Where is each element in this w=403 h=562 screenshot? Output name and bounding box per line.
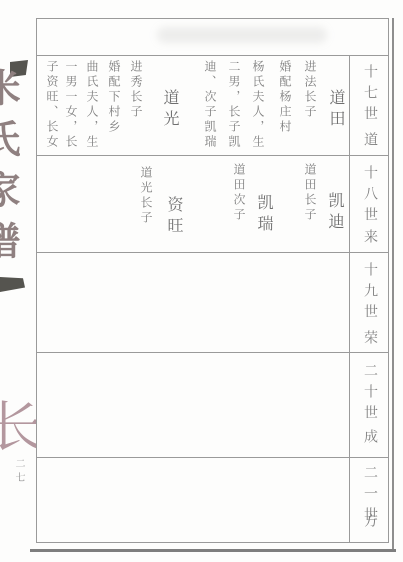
generation-label-cell: 十七世 道 [349,56,388,155]
person-detail-column: 二男，长子凯 [226,60,243,150]
person-name: 道田 [324,89,347,131]
person-detail-column: 曲氏夫人，生 [84,60,101,150]
generation-char: 来 [359,229,379,243]
generation-label-cell: 十九世 荣 [349,253,388,352]
generation-row-19: 十九世 荣 [37,253,388,353]
generation-row-20: 二十世 成 [37,353,388,458]
person-detail-column: 进秀长子 [128,60,145,120]
generation-label-cell: 二十世 成 [349,353,388,457]
generation-char: 方 [359,513,379,527]
spine-bracket-bottom-ornament [0,277,25,292]
generation-char: 道 [359,132,379,146]
page-frame-outer-vertical-line [392,18,394,552]
generation-label: 十八世 [359,165,379,228]
person-detail-column: 进法长子 [302,60,319,120]
generation-row-18-content: 凯迪 道田长子 凯瑞 道田次子 资旺 道光长子 [37,156,349,252]
family-tree-table: 道田 进法长子 婚配杨庄村 杨氏夫人，生 二男，长子凯 迪、次子凯瑞 道光 进秀… [36,18,389,543]
page-frame-outer-bottom-line [30,549,396,552]
generation-label: 十七世 [359,64,379,127]
generation-label-cell: 二一世 方 [349,458,388,543]
spine-title: 米氏家谱 [0,68,25,272]
person-detail-column: 子资旺、长女 [44,60,61,150]
person-detail-column: 一男一女，长 [63,60,80,150]
person-detail-column: 道光长子 [138,166,155,226]
generation-row-20-content [37,353,349,457]
generation-char: 荣 [359,330,379,344]
generation-label-cell: 十八世 来 [349,156,388,252]
generation-label: 二十世 [359,363,379,426]
generation-row-21-content [37,458,349,543]
person-detail-column: 杨氏夫人，生 [250,60,267,150]
generation-row-21: 二一世 方 [37,458,388,543]
page-number: 二七 [11,458,26,486]
genealogy-scan-page: { "palette": { "grid_line": "#9a9a9a", "… [0,0,403,562]
person-name: 凯迪 [323,192,346,234]
generation-row-19-content [37,253,349,352]
header-strip [37,19,388,56]
person-detail-column: 迪、次子凯瑞 [202,60,219,150]
person-name: 凯瑞 [252,194,275,236]
generation-row-17-content: 道田 进法长子 婚配杨庄村 杨氏夫人，生 二男，长子凯 迪、次子凯瑞 道光 进秀… [37,56,349,155]
generation-char: 成 [359,429,379,443]
generation-row-17: 道田 进法长子 婚配杨庄村 杨氏夫人，生 二男，长子凯 迪、次子凯瑞 道光 进秀… [37,56,388,156]
person-detail-column: 道田次子 [231,163,248,223]
person-detail-column: 道田长子 [302,163,319,223]
person-name: 资旺 [162,196,185,238]
person-detail-column: 婚配下村乡 [106,60,123,135]
person-detail-column: 婚配杨庄村 [277,60,294,135]
ink-bleed-smudge [157,27,327,43]
person-name: 道光 [158,89,181,131]
generation-label: 十九世 [359,262,379,325]
generation-row-18: 凯迪 道田长子 凯瑞 道田次子 资旺 道光长子 十八世 来 [37,156,388,253]
